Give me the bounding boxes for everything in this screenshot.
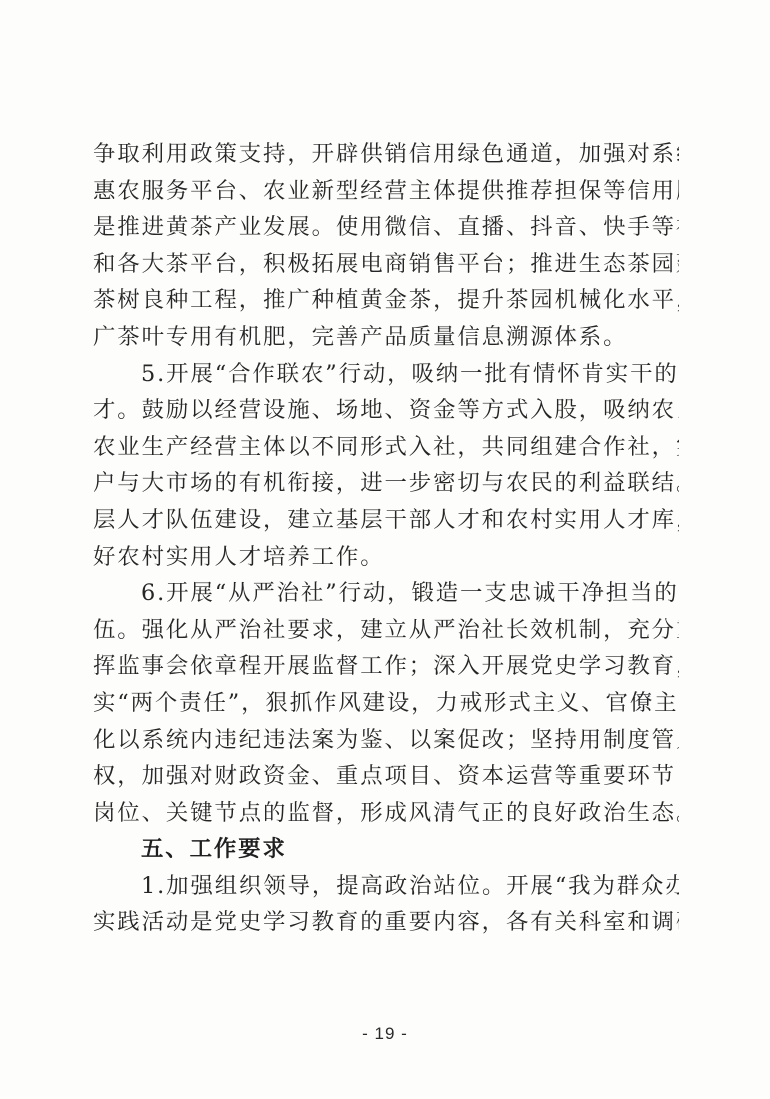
text-line: 户与大市场的有机衔接，进一步密切与农民的利益联结。加强基 [93,465,679,502]
text-line: 茶树良种工程，推广种植黄金茶，提升茶园机械化水平，全面推 [93,282,679,319]
text-line: 化以系统内违纪违法案为鉴、以案促改；坚持用制度管人管事管 [93,722,679,759]
paragraph-requirement-1: 1.加强组织领导，提高政治站位。开展“我为群众办实事” 实践活动是党史学习教育的… [93,868,679,941]
paragraph-continuation: 争取利用政策支持，开辟供销信用绿色通道，加强对系统内各级 惠农服务平台、农业新型… [93,136,679,356]
text-line: 层人才队伍建设，建立基层干部人才和农村实用人才库，统筹做 [93,502,679,539]
text-line: 惠农服务平台、农业新型经营主体提供推荐担保等信用服务。三 [93,173,679,210]
text-line: 广茶叶专用有机肥，完善产品质量信息溯源体系。 [93,319,679,356]
document-page: 争取利用政策支持，开辟供销信用绿色通道，加强对系统内各级 惠农服务平台、农业新型… [93,136,679,941]
page-number: - 19 - [0,1024,770,1044]
text-line: 实“两个责任”，狠抓作风建设，力戒形式主义、官僚主义，深 [93,685,679,722]
section-heading: 五、工作要求 [93,831,679,868]
text-line: 6.开展“从严治社”行动，锻造一支忠诚干净担当的供销队 [93,575,679,612]
text-line: 伍。强化从严治社要求，建立从严治社长效机制，充分重视和发 [93,612,679,649]
text-line: 5.开展“合作联农”行动，吸纳一批有情怀肯实干的新型人 [93,356,679,393]
text-line: 是推进黄茶产业发展。使用微信、直播、抖音、快手等社交软件 [93,209,679,246]
text-line: 好农村实用人才培养工作。 [93,539,679,576]
paragraph-item-5: 5.开展“合作联农”行动，吸纳一批有情怀肯实干的新型人 才。鼓励以经营设施、场地… [93,356,679,576]
text-line: 农业生产经营主体以不同形式入社，共同组建合作社，实现小农 [93,429,679,466]
text-line: 挥监事会依章程开展监督工作；深入开展党史学习教育，严格落 [93,648,679,685]
text-line: 岗位、关键节点的监督，形成风清气正的良好政治生态。 [93,795,679,832]
text-line: 才。鼓励以经营设施、场地、资金等方式入股，吸纳农民及新型 [93,392,679,429]
text-line: 1.加强组织领导，提高政治站位。开展“我为群众办实事” [93,868,679,905]
text-line: 权，加强对财政资金、重点项目、资本运营等重要环节以及关键 [93,758,679,795]
text-line: 实践活动是党史学习教育的重要内容，各有关科室和调研组要进 [93,904,679,941]
text-line: 和各大茶平台，积极拓展电商销售平台；推进生态茶园建设，实施 [93,246,679,283]
paragraph-item-6: 6.开展“从严治社”行动，锻造一支忠诚干净担当的供销队 伍。强化从严治社要求，建… [93,575,679,831]
text-line: 争取利用政策支持，开辟供销信用绿色通道，加强对系统内各级 [93,136,679,173]
